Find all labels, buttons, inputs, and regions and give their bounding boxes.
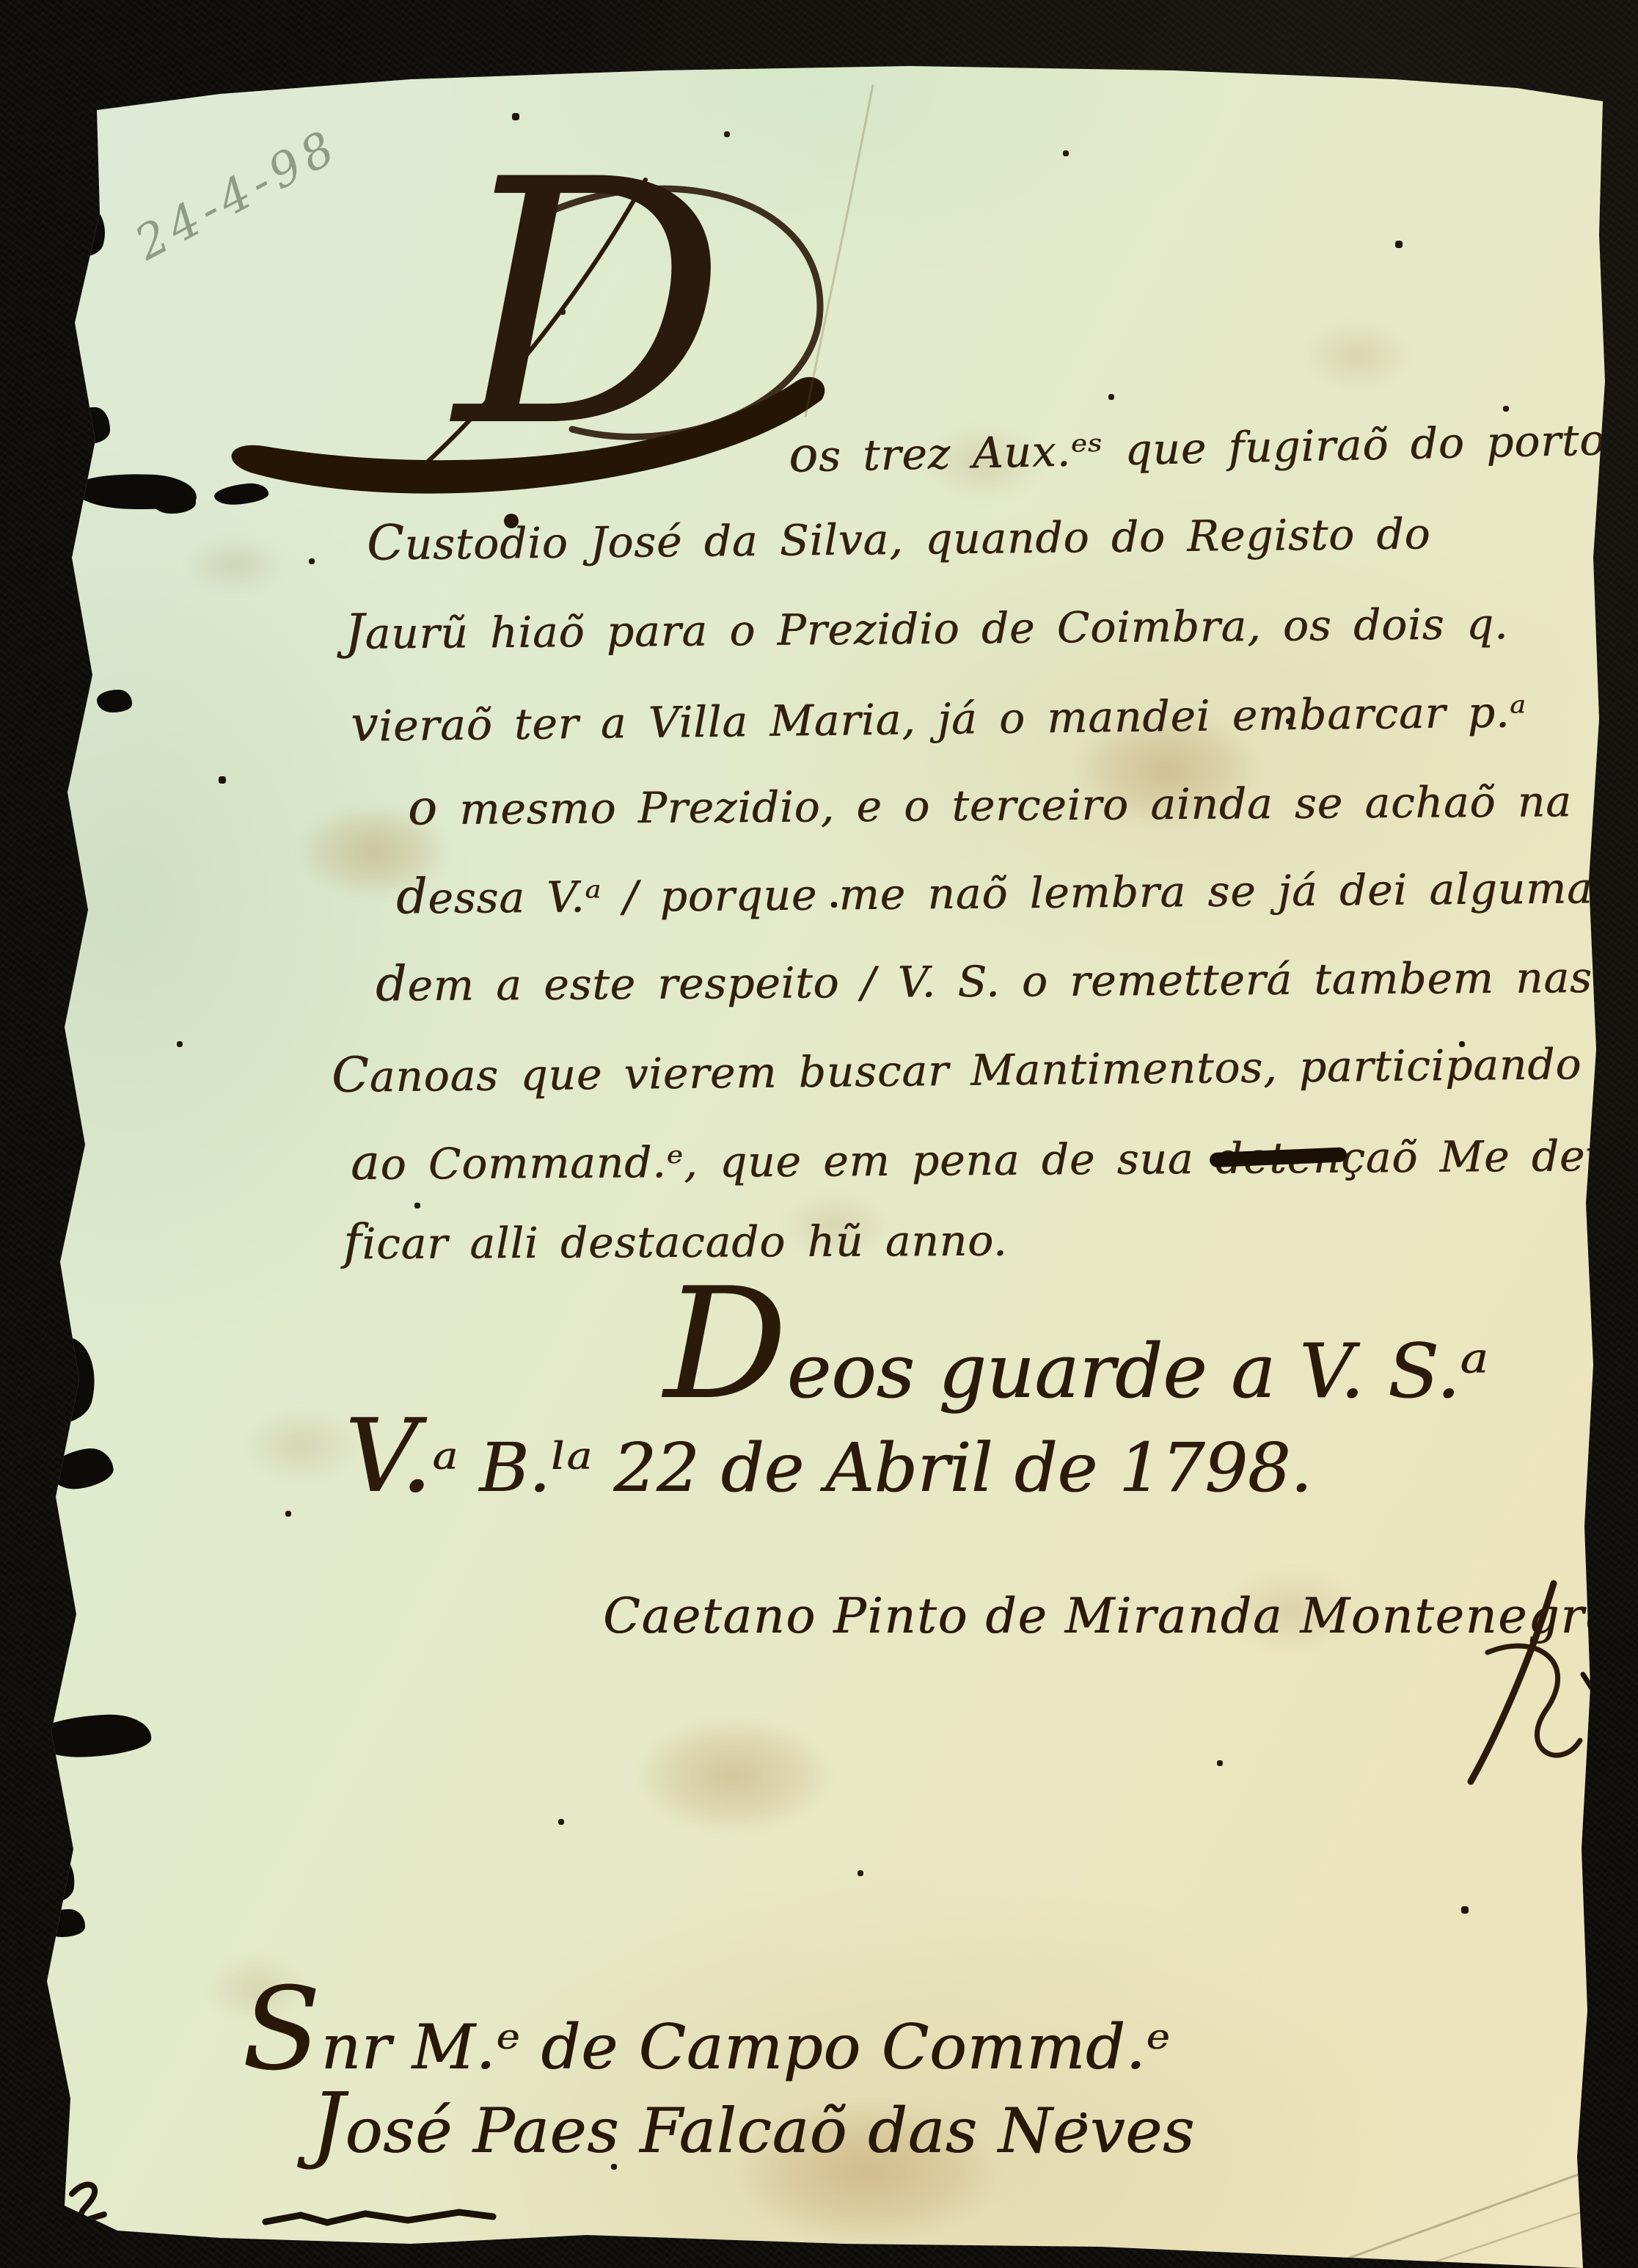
line9-post: çaõ Me deve <box>1341 1131 1637 1183</box>
manuscript-line-6: dessa V.ᵃ / porque me naõ lembra se já d… <box>396 861 1638 921</box>
photo-backdrop: 24-4-98 D os trez Aux.ᵉˢ que fugiraõ do … <box>0 0 1638 2268</box>
addressee-title-line: Snr M.ᵉ de Campo Commd.ᵉ <box>242 1972 1171 2086</box>
manuscript-line-5: o mesmo Prezidio, e o terceiro ainda se … <box>408 775 1638 833</box>
ink-damage-blob <box>150 484 196 514</box>
crease-bottom-right-1 <box>1331 2173 1582 2264</box>
manuscript-paper: 24-4-98 D os trez Aux.ᵉˢ que fugiraõ do … <box>0 0 1638 2268</box>
signature-rubric-curl <box>1488 1646 1580 1755</box>
line9-pre: ao Command.ᵉ, que em pena de sua <box>351 1134 1215 1189</box>
ink-damage-blob <box>43 1909 85 1937</box>
crease-bottom-right-2 <box>1423 2212 1583 2266</box>
right-edge-tick <box>1583 1674 1593 1691</box>
crease-top <box>805 84 873 417</box>
bottom-scribble <box>266 2212 493 2223</box>
ink-specks <box>0 0 1 1</box>
closing-salutation: Deos guarde a V. S.ᵃ <box>664 1268 1488 1421</box>
bottom-left-mark <box>72 2184 104 2220</box>
manuscript-line-7: dem a este respeito / V. S. o remetterá … <box>376 950 1638 1008</box>
manuscript-line-2: Custodio José da Silva, quando do Regist… <box>367 508 1431 567</box>
place-date-line: V.ᵃ B.ˡᵃ 22 de Abril de 1798. <box>345 1406 1312 1507</box>
crossed-out-word: deten <box>1215 1133 1342 1184</box>
signature-line: Caetano Pinto de Miranda Montenegro <box>603 1592 1616 1641</box>
manuscript-line-9: ao Command.ᵉ, que em pena de sua detença… <box>351 1130 1637 1187</box>
initial-letter-D: D <box>455 136 725 474</box>
ink-damage-blob <box>97 690 132 712</box>
addressee-name-line: José Paes Falcaõ das Neves <box>311 2082 1195 2165</box>
manuscript-line-3: Jaurũ hiaõ para o Prezidio de Coimbra, o… <box>345 598 1509 657</box>
ink-damage-blob <box>70 407 110 444</box>
